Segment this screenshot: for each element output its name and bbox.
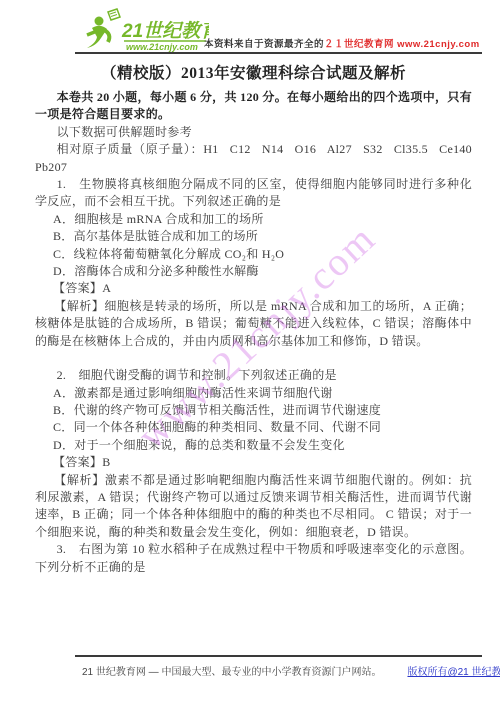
atomic-mass-line: 相对原子质量（原子量）：H1 C12 N14 O16 Al27 S32 Cl35… xyxy=(35,141,472,176)
question-2-analysis: 【解析】激素不都是通过影响靶细胞内酶活性来调节细胞代谢的。例如：抗利尿激素，A … xyxy=(35,472,472,542)
question-2-stem: 2. 细胞代谢受酶的调节和控制。下列叙述正确的是 xyxy=(35,367,472,384)
logo-url-text: www.21cnjy.com xyxy=(126,42,198,52)
footer-text: 21 世纪教育网 — 中国最大型、最专业的中小学教育资源门户网站。 xyxy=(82,667,381,678)
document-page: 21世纪教育 www.21cnjy.com 本资料来自于资源最齐全的２１世纪教育… xyxy=(0,0,500,707)
header-divider xyxy=(75,52,482,54)
question-3-stem: 3. 右图为第 10 粒水稻种子在成熟过程中干物质和呼吸速率变化的示意图。下列分… xyxy=(35,541,472,576)
page-title: （精校版）2013年安徽理科综合试题及解析 xyxy=(35,62,472,86)
question-2-answer: 【答案】B xyxy=(35,454,472,471)
question-1-analysis: 【解析】细胞核是转录的场所，所以是 mRNA 合成和加工的场所，A 正确；核糖体… xyxy=(35,298,472,350)
question-1-option-b: B．高尔基体是肽链合成和加工的场所 xyxy=(35,228,472,245)
question-1-answer: 【答案】A xyxy=(35,280,472,297)
question-1-option-d: D．溶酶体合成和分泌多种酸性水解酶 xyxy=(35,263,472,280)
logo-brand-text: 21世纪教育 xyxy=(121,20,209,42)
site-logo[interactable]: 21世纪教育 www.21cnjy.com xyxy=(84,8,209,56)
tagline-prefix: 本资料来自于资源最齐全的 xyxy=(204,39,324,50)
book-icon xyxy=(108,9,120,20)
exam-instructions: 本卷共 20 小题，每小题 6 分，共 120 分。在每小题给出的四个选项中，只… xyxy=(35,89,472,124)
question-2-option-c: C．同一个体各种体细胞酶的种类相同、数量不同、代谢不同 xyxy=(35,419,472,436)
header-tagline: 本资料来自于资源最齐全的２１世纪教育网 www.21cnjy.com xyxy=(204,36,480,50)
question-1-option-c: C．线粒体将葡萄糖氧化分解成 CO₂和 H₂O xyxy=(35,246,472,263)
tagline-site-link[interactable]: ２１世纪教育网 www.21cnjy.com xyxy=(324,39,480,50)
runner-icon xyxy=(87,9,120,48)
footer-divider xyxy=(75,655,482,657)
logo-graphic: 21世纪教育 www.21cnjy.com xyxy=(84,8,209,56)
question-1-stem: 1. 生物膜将真核细胞分隔成不同的区室，使得细胞内能够同时进行多种化学反应，而不… xyxy=(35,176,472,211)
footer-copyright-link[interactable]: 版权所有@21 世纪教育网 xyxy=(407,667,500,678)
footer: 21 世纪教育网 — 中国最大型、最专业的中小学教育资源门户网站。版权所有@21… xyxy=(82,663,482,678)
question-2-option-d: D．对于一个细胞来说，酶的总类和数量不会发生变化 xyxy=(35,437,472,454)
reference-note: 以下数据可供解题时参考 xyxy=(35,124,472,141)
document-body: （精校版）2013年安徽理科综合试题及解析 本卷共 20 小题，每小题 6 分，… xyxy=(35,62,472,576)
question-2-option-a: A．激素都是通过影响细胞内酶活性来调节细胞代谢 xyxy=(35,385,472,402)
question-2-option-b: B．代谢的终产物可反馈调节相关酶活性，进而调节代谢速度 xyxy=(35,402,472,419)
question-1-option-a: A．细胞核是 mRNA 合成和加工的场所 xyxy=(35,211,472,228)
